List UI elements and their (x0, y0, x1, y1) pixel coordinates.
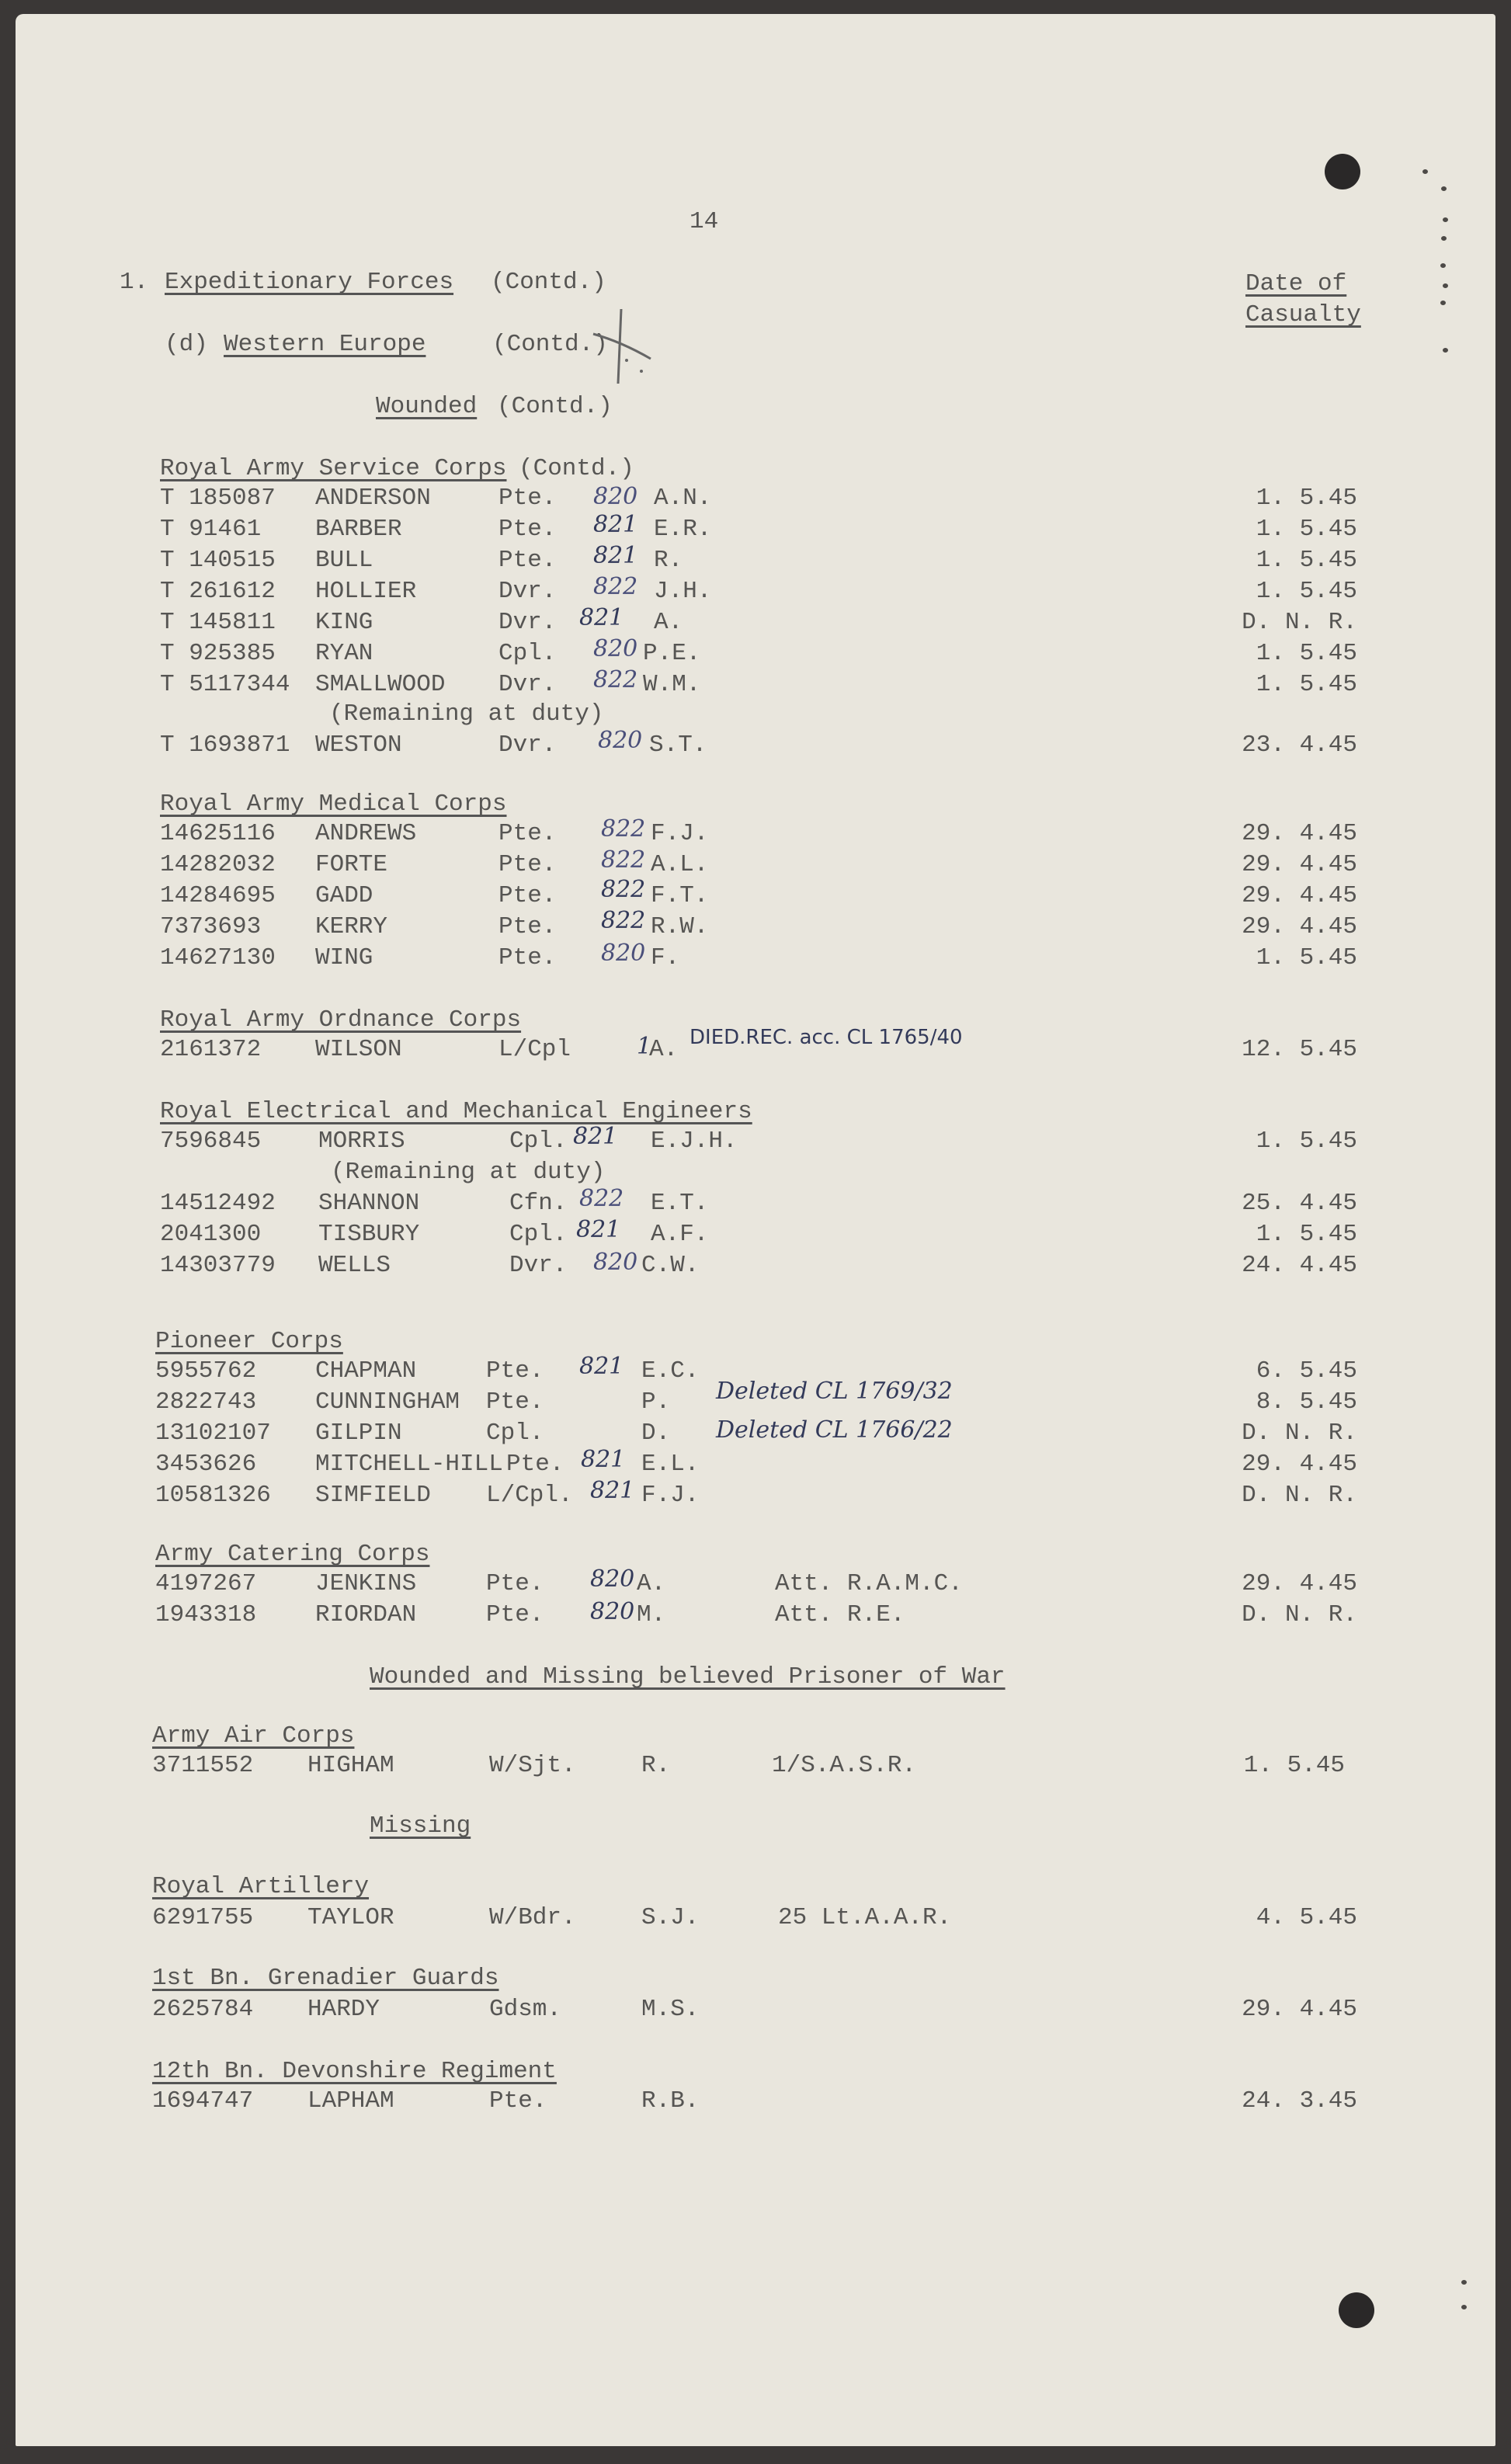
casualty-date: 1. 5.45 (1202, 944, 1357, 972)
initials: S.T. (649, 732, 707, 759)
casualty-date: 25. 4.45 (1202, 1190, 1357, 1218)
surname: WING (315, 944, 373, 972)
service-number: 2625784 (152, 1996, 253, 2024)
handwritten-code: 822 (593, 573, 637, 601)
initials: C.W. (641, 1252, 699, 1280)
initials: W.M. (643, 671, 700, 699)
surname: WILSON (315, 1036, 402, 1064)
staple-mark (1443, 348, 1448, 353)
handwritten-code: 820 (593, 635, 637, 663)
service-number: 7373693 (160, 913, 261, 941)
surname: RYAN (315, 640, 373, 668)
service-number: 13102107 (155, 1420, 271, 1447)
casualty-date: D. N. R. (1202, 1482, 1357, 1510)
unit-heading-suffix: (Contd.) (519, 455, 634, 483)
row-note: (Remaining at duty) (331, 1159, 605, 1187)
rank: Dvr. (509, 1252, 567, 1280)
initials: F.J. (641, 1482, 699, 1510)
attached-unit: Att. R.A.M.C. (775, 1570, 963, 1598)
rank: Dvr. (498, 578, 556, 606)
document-page: 14 1. Expeditionary Forces (Contd.) (d) … (16, 14, 1495, 2446)
handwritten-annotation: Deleted CL 1769/32 (716, 1378, 953, 1406)
rank: Pte. (489, 2087, 547, 2115)
subsection-title: Western Europe (224, 331, 426, 359)
casualty-date: 8. 5.45 (1202, 1388, 1357, 1416)
staple-mark (1440, 301, 1446, 305)
initials: P.E. (643, 640, 700, 668)
service-number: T 5117344 (160, 671, 290, 699)
date-column-header-line2: Casualty (1245, 301, 1361, 329)
initials: A.F. (651, 1221, 708, 1249)
initials: R.B. (641, 2087, 699, 2115)
casualty-date: 24. 4.45 (1202, 1252, 1357, 1280)
unit-heading-pioneer: Pioneer Corps (155, 1328, 343, 1356)
surname: WESTON (315, 732, 402, 759)
handwritten-code: 822 (579, 1185, 624, 1213)
rank: Pte. (486, 1388, 544, 1416)
rank: W/Bdr. (489, 1904, 576, 1932)
service-number: 1943318 (155, 1601, 256, 1629)
rank: Pte. (498, 516, 556, 544)
staple-mark (1440, 263, 1446, 268)
rank: Pte. (486, 1601, 544, 1629)
handwritten-code: 820 (590, 1566, 634, 1593)
handwritten-code: 821 (590, 1477, 634, 1505)
handwritten-code: 822 (601, 846, 645, 874)
rank: Pte. (498, 485, 556, 513)
casualty-date: D. N. R. (1202, 1420, 1357, 1447)
service-number: T 185087 (160, 485, 276, 513)
rank: Pte. (506, 1451, 564, 1479)
service-number: 2041300 (160, 1221, 261, 1249)
handwritten-code: 820 (598, 727, 642, 755)
rank: Pte. (498, 820, 556, 848)
category-suffix: (Contd.) (497, 393, 613, 421)
category-heading-pow: Wounded and Missing believed Prisoner of… (370, 1663, 1006, 1691)
casualty-date: 4. 5.45 (1202, 1904, 1357, 1932)
staple-mark (1422, 169, 1428, 174)
handwritten-code: 821 (576, 1216, 620, 1244)
unit-heading-rasc: Royal Army Service Corps (160, 455, 506, 483)
unit-heading-aac: Army Air Corps (152, 1722, 354, 1750)
surname: TISBURY (318, 1221, 419, 1249)
punch-hole-top (1325, 154, 1360, 189)
initials: R.W. (651, 913, 708, 941)
surname: KERRY (315, 913, 387, 941)
service-number: 14303779 (160, 1252, 276, 1280)
handwritten-code: 821 (593, 511, 637, 539)
unit-heading-acc: Army Catering Corps (155, 1541, 429, 1569)
surname: BARBER (315, 516, 402, 544)
punch-hole-bottom (1339, 2292, 1374, 2328)
service-number: 7596845 (160, 1128, 261, 1156)
unit-heading-ramc: Royal Army Medical Corps (160, 791, 506, 818)
handwritten-code: 821 (579, 1353, 624, 1381)
attached-unit: 1/S.A.S.R. (772, 1752, 916, 1780)
surname: MITCHELL-HILL (315, 1451, 503, 1479)
unit-heading-grenadier: 1st Bn. Grenadier Guards (152, 1965, 498, 1993)
casualty-date: 1. 5.45 (1202, 671, 1357, 699)
rank: L/Cpl. (486, 1482, 573, 1510)
service-number: 3453626 (155, 1451, 256, 1479)
attached-unit: 25 Lt.A.A.R. (778, 1904, 951, 1932)
unit-heading-raoc: Royal Army Ordnance Corps (160, 1006, 521, 1034)
section-title: Expeditionary Forces (165, 269, 453, 297)
surname: HOLLIER (315, 578, 416, 606)
initials: F.T. (651, 882, 708, 910)
surname: KING (315, 609, 373, 637)
initials: A. (649, 1036, 678, 1064)
casualty-date: 23. 4.45 (1202, 732, 1357, 759)
surname: LAPHAM (307, 2087, 394, 2115)
surname: CUNNINGHAM (315, 1388, 460, 1416)
rank: Cpl. (509, 1221, 567, 1249)
handwritten-annotation: DIED.REC. acc. CL 1765/40 (690, 1023, 963, 1051)
rank: W/Sjt. (489, 1752, 576, 1780)
rank: L/Cpl (498, 1036, 571, 1064)
casualty-date: 29. 4.45 (1202, 820, 1357, 848)
handwritten-code: 822 (601, 907, 645, 935)
service-number: T 145811 (160, 609, 276, 637)
initials: M. (637, 1601, 665, 1629)
casualty-date: 1. 5.45 (1202, 640, 1357, 668)
surname: ANDREWS (315, 820, 416, 848)
surname: BULL (315, 547, 373, 575)
surname: SHANNON (318, 1190, 419, 1218)
service-number: 10581326 (155, 1482, 271, 1510)
unit-heading-ra: Royal Artillery (152, 1873, 369, 1901)
subsection-label: (d) (165, 331, 208, 359)
casualty-date: 12. 5.45 (1202, 1036, 1357, 1064)
handwritten-code: 821 (579, 604, 624, 632)
staple-mark (1441, 236, 1447, 241)
section-title-suffix: (Contd.) (491, 269, 606, 297)
service-number: 14282032 (160, 851, 276, 879)
rank: Cpl. (486, 1420, 544, 1447)
casualty-date: 6. 5.45 (1202, 1357, 1357, 1385)
date-column-header-line1: Date of (1245, 270, 1346, 298)
surname: WELLS (318, 1252, 391, 1280)
initials: E.J.H. (651, 1128, 738, 1156)
handwritten-cross-icon (590, 308, 660, 385)
initials: D. (641, 1420, 670, 1447)
service-number: 1694747 (152, 2087, 253, 2115)
initials: E.T. (651, 1190, 708, 1218)
service-number: 14284695 (160, 882, 276, 910)
initials: A.L. (651, 851, 708, 879)
rank: Cfn. (509, 1190, 567, 1218)
surname: CHAPMAN (315, 1357, 416, 1385)
rank: Pte. (486, 1357, 544, 1385)
section-number: 1. (120, 269, 148, 297)
initials: J.H. (654, 578, 711, 606)
unit-heading-devonshire: 12th Bn. Devonshire Regiment (152, 2058, 557, 2086)
rank: Pte. (486, 1570, 544, 1598)
handwritten-code: 821 (573, 1123, 617, 1151)
casualty-date: D. N. R. (1202, 609, 1357, 637)
handwritten-code: 821 (581, 1446, 625, 1474)
handwritten-code: 820 (593, 483, 637, 511)
rank: Pte. (498, 944, 556, 972)
initials: A.N. (654, 485, 711, 513)
handwritten-code: 820 (601, 940, 645, 968)
handwritten-code: 820 (593, 1249, 637, 1277)
service-number: T 140515 (160, 547, 276, 575)
category-heading-missing: Missing (370, 1812, 471, 1840)
casualty-date: 29. 4.45 (1202, 1570, 1357, 1598)
initials: R. (641, 1752, 670, 1780)
surname: MORRIS (318, 1128, 405, 1156)
casualty-date: 1. 5.45 (1202, 1128, 1357, 1156)
surname: GADD (315, 882, 373, 910)
initials: P. (641, 1388, 670, 1416)
service-number: 14625116 (160, 820, 276, 848)
rank: Pte. (498, 547, 556, 575)
staple-mark (1461, 2280, 1467, 2285)
service-number: T 261612 (160, 578, 276, 606)
surname: RIORDAN (315, 1601, 416, 1629)
service-number: T 925385 (160, 640, 276, 668)
casualty-date: 29. 4.45 (1202, 851, 1357, 879)
surname: SMALLWOOD (315, 671, 445, 699)
service-number: 14512492 (160, 1190, 276, 1218)
casualty-date: 29. 4.45 (1202, 1451, 1357, 1479)
page-number: 14 (690, 208, 718, 236)
rank: Cpl. (509, 1128, 567, 1156)
surname: GILPIN (315, 1420, 402, 1447)
service-number: 3711552 (152, 1752, 253, 1780)
surname: JENKINS (315, 1570, 416, 1598)
surname: HIGHAM (307, 1752, 394, 1780)
rank: Gdsm. (489, 1996, 561, 2024)
surname: FORTE (315, 851, 387, 879)
rank: Pte. (498, 913, 556, 941)
handwritten-annotation: Deleted CL 1766/22 (716, 1416, 953, 1444)
staple-mark (1441, 186, 1447, 191)
casualty-date: D. N. R. (1202, 1601, 1357, 1629)
initials: A. (654, 609, 683, 637)
initials: E.R. (654, 516, 711, 544)
staple-mark (1461, 2305, 1467, 2309)
rank: Dvr. (498, 732, 556, 759)
service-number: 4197267 (155, 1570, 256, 1598)
staple-mark (1443, 217, 1448, 222)
casualty-date: 1. 5.45 (1202, 516, 1357, 544)
service-number: 2161372 (160, 1036, 261, 1064)
handwritten-code: 822 (593, 666, 637, 694)
row-note: (Remaining at duty) (329, 700, 603, 728)
initials: R. (654, 547, 683, 575)
casualty-date: 1. 5.45 (1202, 1221, 1357, 1249)
casualty-date: 1. 5.45 (1202, 578, 1357, 606)
casualty-date: 1. 5.45 (1190, 1752, 1345, 1780)
casualty-date: 1. 5.45 (1202, 547, 1357, 575)
casualty-date: 29. 4.45 (1202, 882, 1357, 910)
category-heading: Wounded (376, 393, 477, 421)
handwritten-code: 820 (590, 1598, 634, 1626)
service-number: 14627130 (160, 944, 276, 972)
handwritten-code: 822 (601, 815, 645, 843)
service-number: T 1693871 (160, 732, 290, 759)
service-number: 2822743 (155, 1388, 256, 1416)
surname: HARDY (307, 1996, 380, 2024)
service-number: T 91461 (160, 516, 261, 544)
rank: Pte. (498, 851, 556, 879)
initials: E.L. (641, 1451, 699, 1479)
handwritten-code: 822 (601, 876, 645, 904)
initials: A. (637, 1570, 665, 1598)
casualty-date: 29. 4.45 (1202, 1996, 1357, 2024)
staple-mark (1443, 283, 1448, 288)
service-number: 5955762 (155, 1357, 256, 1385)
casualty-date: 24. 3.45 (1202, 2087, 1357, 2115)
initials: F.J. (651, 820, 708, 848)
initials: M.S. (641, 1996, 699, 2024)
rank: Dvr. (498, 609, 556, 637)
rank: Cpl. (498, 640, 556, 668)
initials: E.C. (641, 1357, 699, 1385)
attached-unit: Att. R.E. (775, 1601, 905, 1629)
surname: SIMFIELD (315, 1482, 431, 1510)
surname: ANDERSON (315, 485, 431, 513)
service-number: 6291755 (152, 1904, 253, 1932)
handwritten-code: 821 (593, 542, 637, 570)
initials: S.J. (641, 1904, 699, 1932)
rank: Dvr. (498, 671, 556, 699)
initials: F. (651, 944, 679, 972)
rank: Pte. (498, 882, 556, 910)
surname: TAYLOR (307, 1904, 394, 1932)
casualty-date: 29. 4.45 (1202, 913, 1357, 941)
casualty-date: 1. 5.45 (1202, 485, 1357, 513)
unit-heading-reme: Royal Electrical and Mechanical Engineer… (160, 1098, 752, 1126)
